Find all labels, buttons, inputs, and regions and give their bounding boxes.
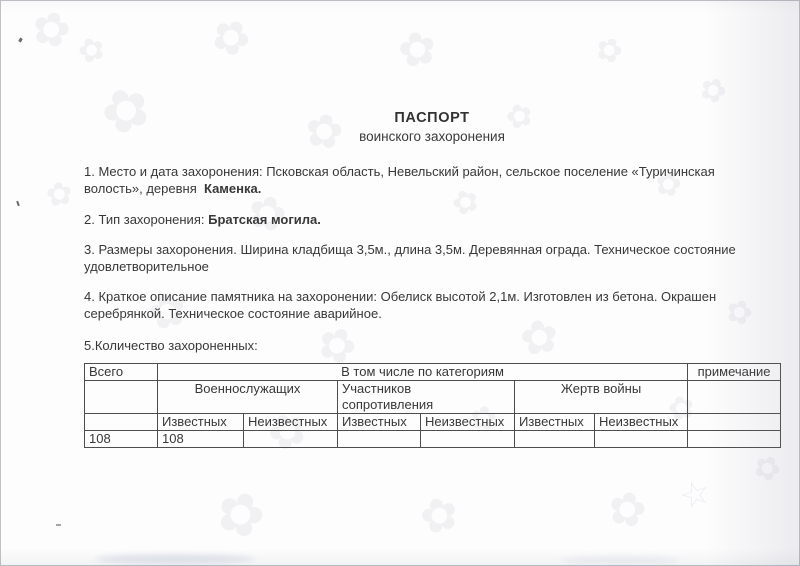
subheader-unknown-resistance: Неизвестных bbox=[421, 414, 515, 431]
paragraph-burial-size: 3. Размеры захоронения. Ширина кладбища … bbox=[84, 241, 780, 275]
scan-speck bbox=[56, 524, 61, 526]
subheader-unknown-military: Неизвестных bbox=[244, 414, 338, 431]
paragraph-monument-description: 4. Краткое описание памятника на захорон… bbox=[84, 288, 780, 322]
document-title: ПАСПОРТ bbox=[84, 110, 780, 126]
scan-smudge bbox=[560, 556, 680, 564]
data-cell-unknown-resistance bbox=[421, 431, 515, 448]
watermark-stamp: ✿ bbox=[208, 479, 274, 550]
header-cell-note: примечание bbox=[688, 364, 781, 381]
empty-cell bbox=[688, 381, 781, 414]
watermark-stamp: ✿ bbox=[695, 70, 733, 110]
subheader-known-victims: Известных bbox=[515, 414, 595, 431]
watermark-stamp: ✿ bbox=[27, 2, 76, 56]
group-cell-military: Военнослужащих bbox=[158, 381, 338, 414]
group-cell-war-victims: Жертв войны bbox=[515, 381, 688, 414]
table-row-header: Всего В том числе по категориям примечан… bbox=[85, 364, 781, 381]
paragraph-location: 1. Место и дата захоронения: Псковская о… bbox=[84, 163, 780, 197]
scan-speck bbox=[18, 38, 23, 43]
watermark-stamp: ✿ bbox=[748, 448, 786, 489]
document-body: ПАСПОРТ воинского захоронения 1. Место и… bbox=[84, 110, 780, 448]
burial-count-table: Всего В том числе по категориям примечан… bbox=[84, 363, 781, 448]
empty-cell bbox=[688, 414, 781, 431]
data-cell-total: 108 bbox=[85, 431, 158, 448]
subheader-known-resistance: Известных bbox=[338, 414, 421, 431]
watermark-stamp: ✿ bbox=[394, 22, 441, 75]
data-cell-known-resistance bbox=[338, 431, 421, 448]
document-subtitle: воинского захоронения bbox=[84, 129, 780, 144]
scan-smudge bbox=[95, 554, 255, 564]
watermark-stamp: ✿ bbox=[203, 8, 259, 67]
watermark-stamp: ✿ bbox=[44, 176, 75, 211]
table-row-groups: Военнослужащих Участников сопротивления … bbox=[85, 381, 781, 414]
table-row-subheaders: Известных Неизвестных Известных Неизвест… bbox=[85, 414, 781, 431]
data-cell-unknown-military bbox=[244, 431, 338, 448]
table-row-data: 108 108 bbox=[85, 431, 781, 448]
header-cell-categories: В том числе по категориям bbox=[158, 364, 688, 381]
paragraph-count-heading: 5.Количество захороненных: bbox=[84, 337, 780, 354]
subheader-unknown-victims: Неизвестных bbox=[595, 414, 688, 431]
scan-speck bbox=[16, 201, 20, 206]
data-cell-unknown-victims bbox=[595, 431, 688, 448]
scanned-document-page: ✿ ✿ ✿ ✿ ✿ ✿ ✿ ✿ ✿ ✿ ✿ ✿ ✿ ✿ ✿ ✿ ✿ ✿ ✿ ✿ … bbox=[0, 0, 800, 566]
paragraph-burial-type: 2. Тип захоронения: Братская могила. bbox=[84, 211, 780, 228]
watermark-stamp: ✿ bbox=[73, 30, 109, 69]
watermark-star-stamp: ☆ bbox=[675, 474, 714, 516]
empty-cell bbox=[85, 414, 158, 431]
data-cell-note bbox=[688, 431, 781, 448]
watermark-stamp: ✿ bbox=[591, 30, 627, 69]
watermark-stamp: ✿ bbox=[414, 488, 464, 543]
empty-cell bbox=[85, 381, 158, 414]
data-cell-known-military: 108 bbox=[158, 431, 244, 448]
watermark-stamp: ✿ bbox=[604, 482, 651, 535]
subheader-known-military: Известных bbox=[158, 414, 244, 431]
header-cell-total: Всего bbox=[85, 364, 158, 381]
group-cell-resistance: Участников сопротивления bbox=[338, 381, 515, 414]
data-cell-known-victims bbox=[515, 431, 595, 448]
